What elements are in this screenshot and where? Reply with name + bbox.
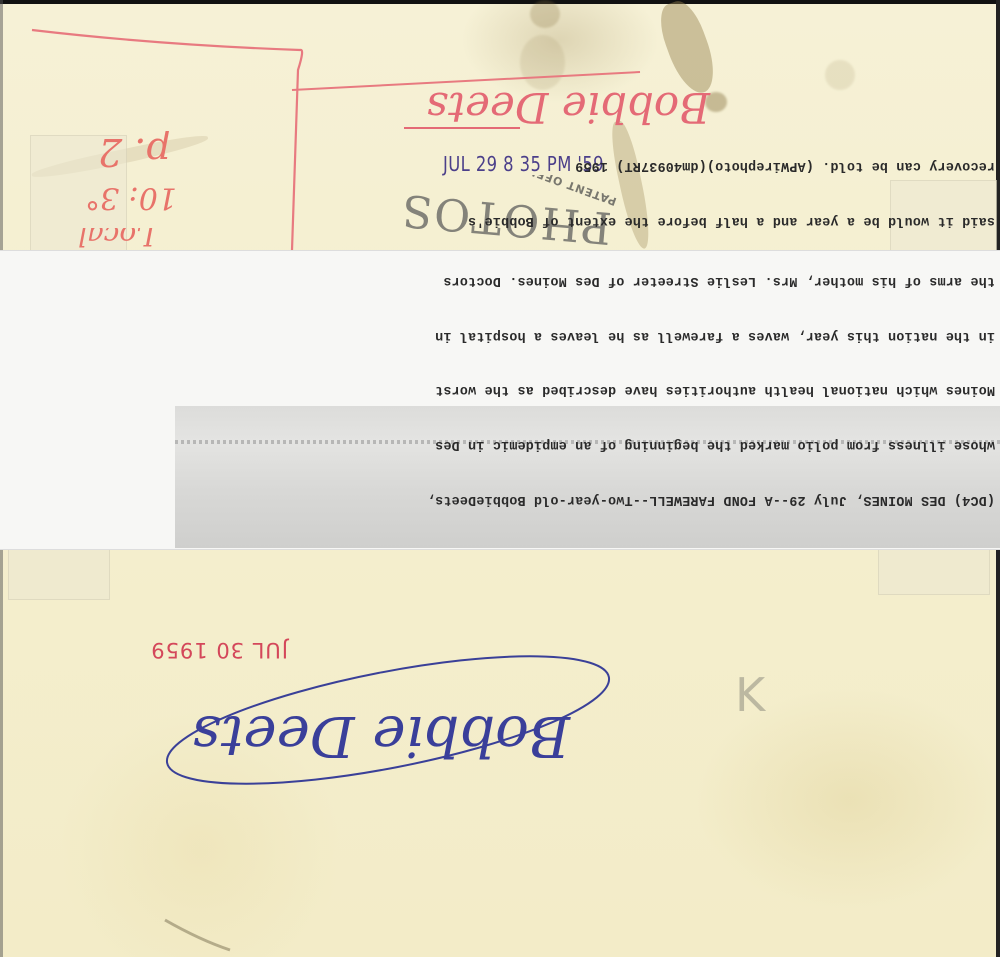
caption-line: recovery can be told. (APWirephoto)(dm40… [180, 156, 995, 174]
caption-line: in the nation this year, waves a farewel… [180, 326, 995, 344]
pencil-mark: K [735, 668, 765, 722]
received-date-stamp: JUL 30 1959 [148, 632, 288, 662]
red-note-section: Local [78, 228, 155, 252]
red-pencil-name: Bobbie Deets [410, 72, 710, 132]
caption-text-block: (DC4) DES MOINES, July 29--A FOND FAREWE… [180, 410, 995, 544]
tape-piece [878, 548, 990, 595]
caption-line: the arms of his mother, Mrs. Leslie Stre… [180, 271, 995, 289]
caption-line: said it would be a year and a half befor… [180, 210, 995, 228]
coffee-stain [530, 0, 560, 28]
red-note-time: 10: 3° [85, 180, 177, 215]
tape-piece [8, 548, 110, 600]
red-note-page: p. 2 [98, 130, 171, 174]
caption-line: Moines which national health authorities… [180, 380, 995, 398]
coffee-stain [825, 60, 855, 90]
blue-ink-name: Bobbie Deets [270, 668, 570, 768]
caption-line: whose illness from polio marked the begi… [180, 435, 995, 453]
caption-line: (DC4) DES MOINES, July 29--A FOND FAREWE… [180, 489, 995, 507]
scan-top-edge [0, 0, 1000, 4]
